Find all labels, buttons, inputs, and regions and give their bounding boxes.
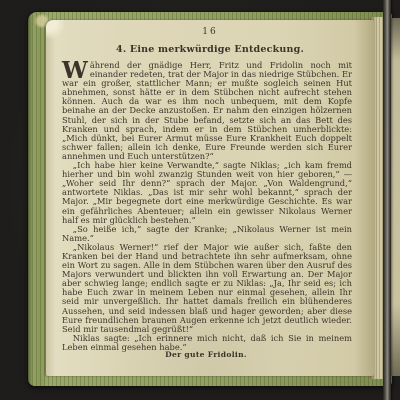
scanned-book-photo: 16 4. Eine merkwürdige Entdeckung. Währe… xyxy=(0,0,400,400)
pages-beyond-rod xyxy=(391,18,400,376)
chapter-heading: 4. Eine merkwürdige Entdeckung. xyxy=(46,44,374,55)
paragraph: Während der gnädige Herr, Fritz und Frid… xyxy=(62,61,352,161)
paragraph-text: „So heiße ich,“ sagte der Kranke; „Nikol… xyxy=(62,224,352,243)
paragraph: „Ich habe hier keine Verwandte,“ sagte N… xyxy=(62,161,352,225)
paragraph-text: ährend der gnädige Herr, Fritz und Frido… xyxy=(62,60,352,161)
scanner-stand-rod xyxy=(383,0,391,400)
paragraph-text: „Nikolaus Werner!“ rief der Major wie au… xyxy=(62,242,352,334)
page-number: 16 xyxy=(46,27,374,37)
paragraph-text: „Ich habe hier keine Verwandte,“ sagte N… xyxy=(62,160,352,225)
paragraph: „Nikolaus Werner!“ rief der Major wie au… xyxy=(62,243,352,334)
paragraph: „So heiße ich,“ sagte der Kranke; „Nikol… xyxy=(62,225,352,243)
drop-cap: W xyxy=(62,61,88,79)
body-text: Während der gnädige Herr, Fritz und Frid… xyxy=(62,61,352,352)
book-page: 16 4. Eine merkwürdige Entdeckung. Währe… xyxy=(46,20,374,376)
running-title-footer: Der gute Fridolin. xyxy=(46,350,366,359)
